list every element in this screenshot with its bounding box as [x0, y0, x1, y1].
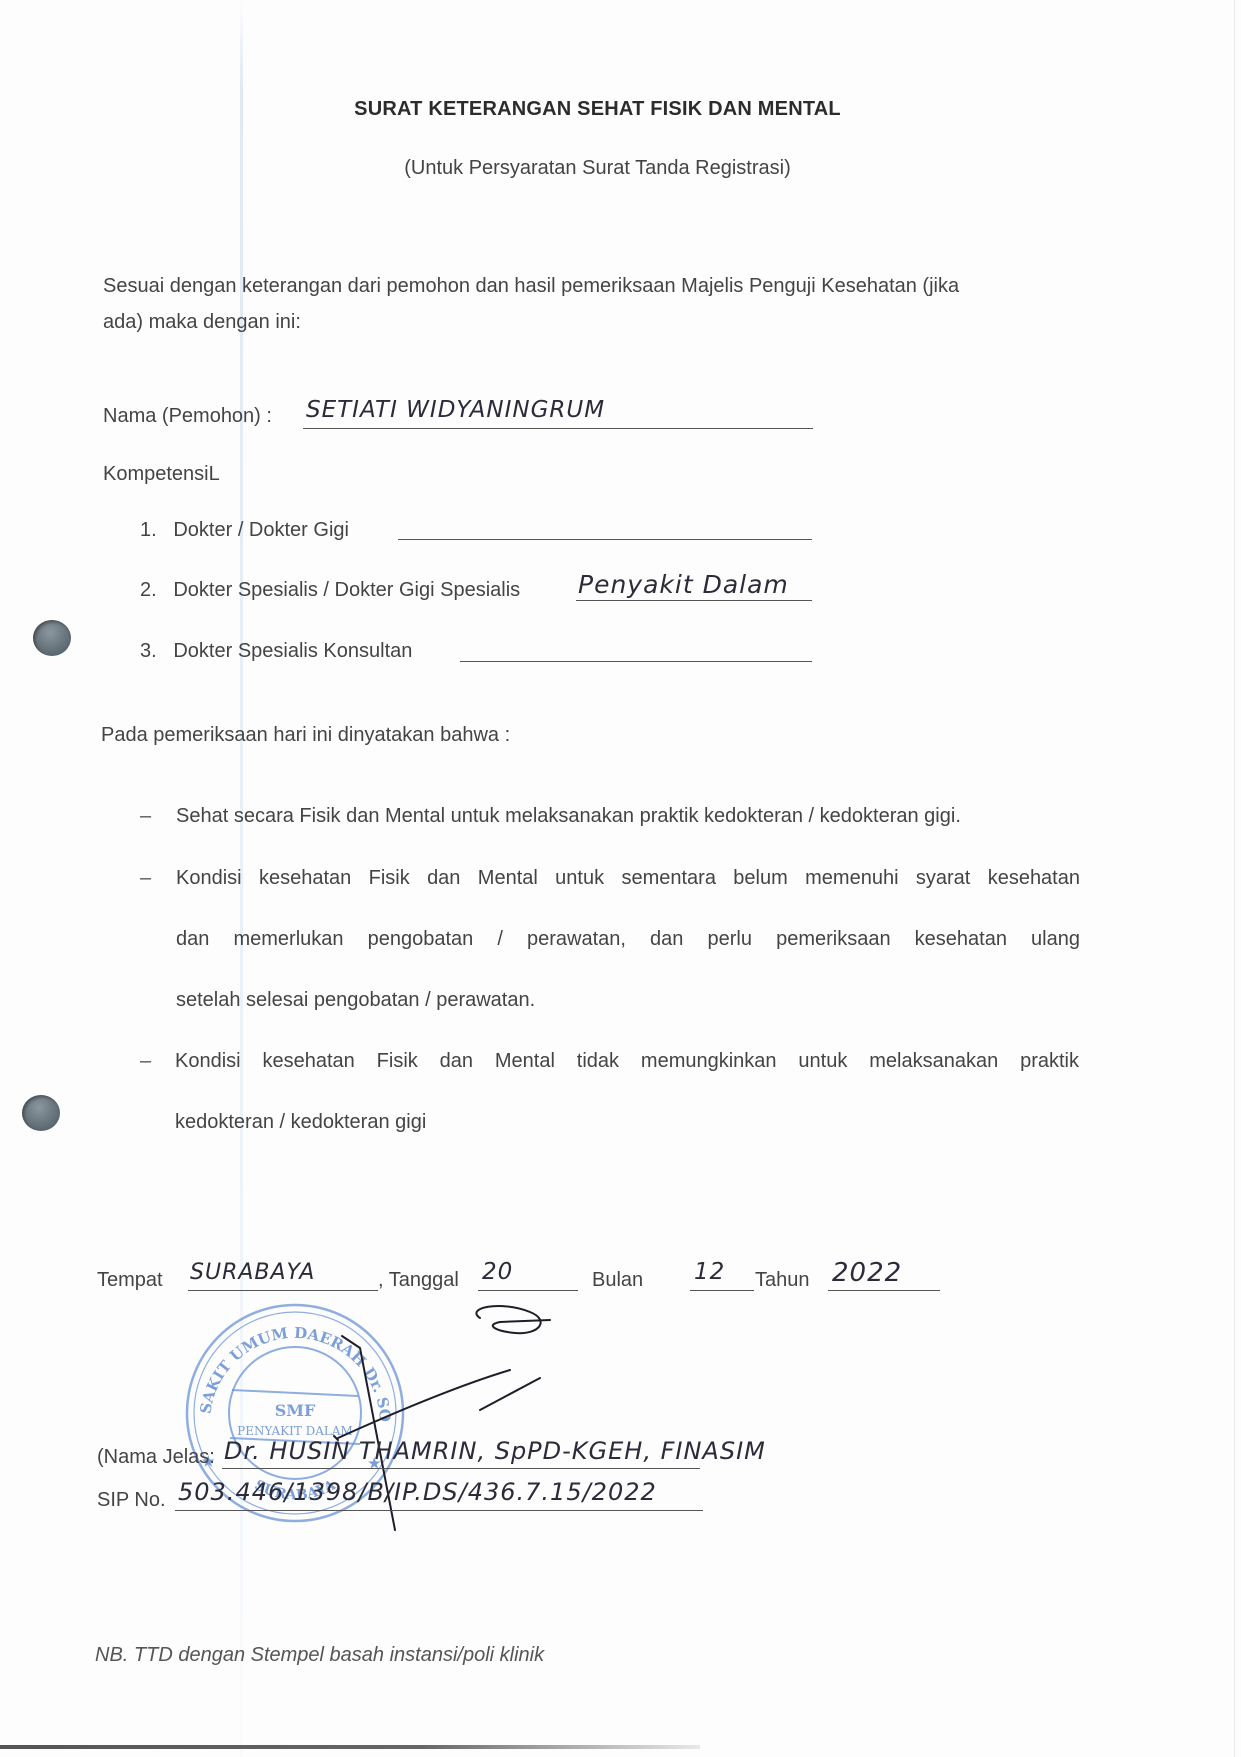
competence-item-1: 1. Dokter / Dokter Gigi	[140, 519, 349, 542]
statement-2-line-1: Kondisi kesehatan Fisik dan Mental untuk…	[176, 867, 1080, 890]
item-label: Dokter Spesialis / Dokter Gigi Spesialis	[173, 579, 520, 601]
month-underline	[690, 1290, 754, 1291]
footnote: NB. TTD dengan Stempel basah instansi/po…	[95, 1644, 544, 1667]
item-number: 3.	[140, 640, 157, 662]
place-underline	[188, 1290, 378, 1291]
month-field[interactable]: 12	[694, 1259, 725, 1285]
intro-line-1: Sesuai dengan keterangan dari pemohon da…	[103, 268, 1093, 304]
date-label: , Tanggal	[378, 1269, 459, 1292]
competence-item-2-field[interactable]: Penyakit Dalam	[578, 570, 789, 599]
item-label: Dokter Spesialis Konsultan	[173, 640, 412, 662]
page-bottom-edge	[0, 1745, 700, 1749]
applicant-name-field[interactable]: SETIATI WIDYANINGRUM	[306, 397, 605, 423]
year-field[interactable]: 2022	[832, 1258, 902, 1288]
month-label: Bulan	[592, 1269, 643, 1292]
competence-item-2-underline	[576, 600, 812, 601]
item-label: Dokter / Dokter Gigi	[173, 519, 349, 541]
item-number: 2.	[140, 579, 157, 601]
punch-hole-icon	[22, 1095, 60, 1131]
statement-2-line-2: dan memerlukan pengobatan / perawatan, d…	[176, 928, 1080, 951]
item-number: 1.	[140, 519, 157, 541]
document-subtitle: (Untuk Persyaratan Surat Tanda Registras…	[0, 157, 1195, 180]
signer-name-underline	[222, 1468, 700, 1469]
statement-3-line-2: kedokteran / kedokteran gigi	[175, 1111, 426, 1134]
competence-item-2: 2. Dokter Spesialis / Dokter Gigi Spesia…	[140, 579, 520, 602]
year-underline	[828, 1290, 940, 1291]
date-underline	[478, 1290, 578, 1291]
exam-intro: Pada pemeriksaan hari ini dinyatakan bah…	[101, 724, 510, 747]
competence-item-1-field[interactable]	[398, 539, 812, 540]
punch-hole-icon	[33, 620, 71, 656]
intro-paragraph: Sesuai dengan keterangan dari pemohon da…	[103, 268, 1093, 340]
statement-1-bullet: –	[140, 805, 151, 828]
applicant-underline	[303, 428, 813, 429]
sip-underline	[175, 1510, 703, 1511]
date-field[interactable]: 20	[482, 1259, 513, 1285]
intro-line-2: ada) maka dengan ini:	[103, 304, 1093, 340]
signer-name-field[interactable]: Dr. HUSIN THAMRIN, SpPD-KGEH, FINASIM	[224, 1437, 766, 1465]
statement-3-line-1: Kondisi kesehatan Fisik dan Mental tidak…	[175, 1050, 1079, 1073]
page-edge	[1234, 0, 1235, 1757]
signer-name-label: (Nama Jelas:	[97, 1446, 215, 1469]
sip-label: SIP No.	[97, 1489, 166, 1512]
competence-item-3-field[interactable]	[460, 661, 812, 662]
statement-1-text: Sehat secara Fisik dan Mental untuk mela…	[176, 805, 961, 828]
statement-2-line-3: setelah selesai pengobatan / perawatan.	[176, 989, 535, 1012]
sip-field[interactable]: 503.446/1398/B/IP.DS/436.7.15/2022	[178, 1478, 657, 1506]
place-label: Tempat	[97, 1269, 163, 1292]
document-title: SURAT KETERANGAN SEHAT FISIK DAN MENTAL	[0, 98, 1195, 121]
place-field[interactable]: SURABAYA	[190, 1260, 315, 1285]
statement-2-bullet: –	[140, 867, 151, 890]
applicant-label: Nama (Pemohon) :	[103, 405, 272, 428]
competence-label: KompetensiL	[103, 463, 220, 486]
year-label: Tahun	[755, 1269, 810, 1292]
statement-3-bullet: –	[140, 1050, 151, 1073]
competence-item-3: 3. Dokter Spesialis Konsultan	[140, 640, 412, 663]
